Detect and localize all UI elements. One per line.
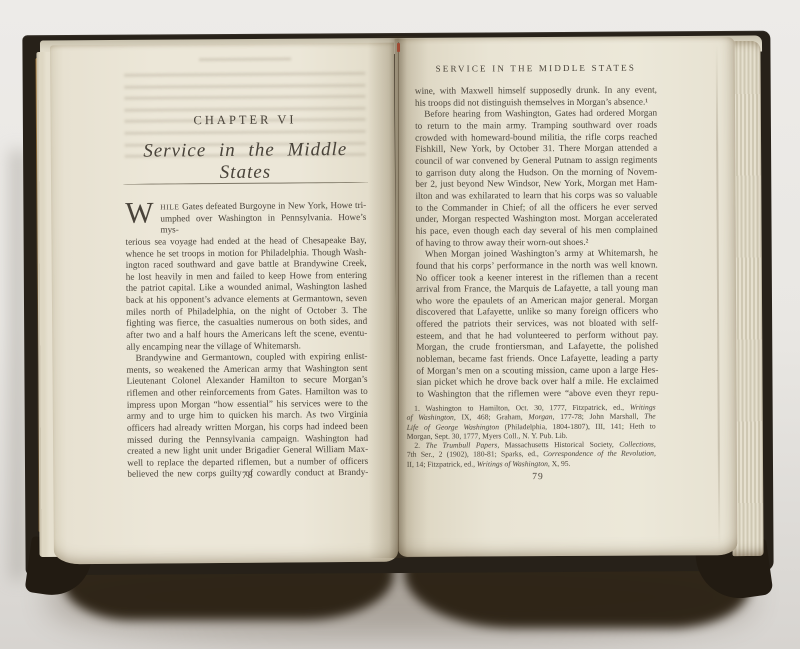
- text-line: wine, with Maxwell himself supposedly dr…: [415, 85, 657, 98]
- page-number-right: 79: [417, 472, 659, 483]
- text-line: council of war convened by General Putna…: [415, 154, 657, 167]
- right-page-text-block: SERVICE IN THE MIDDLE STATES wine, with …: [415, 38, 660, 557]
- text-line: offered the patriots their services, was…: [416, 318, 658, 331]
- gutter-line: [398, 42, 399, 552]
- text-line: to Washington that the riflemen were “ab…: [416, 388, 658, 401]
- text-line: When Morgan joined Washington’s army at …: [416, 248, 658, 261]
- body-text-left: HILE Gates defeated Burgoyne in New York…: [125, 200, 368, 481]
- text-line: after two and a half hours the Americans…: [126, 328, 367, 342]
- text-line: to return to the main army. Tramping sou…: [415, 119, 657, 132]
- page-crease: [716, 43, 721, 548]
- right-page: SERVICE IN THE MIDDLE STATES wine, with …: [395, 37, 738, 557]
- text-line: nobleman, became fast friends. Once Lafa…: [416, 353, 658, 366]
- text-line: found that his corps’ performance in the…: [416, 259, 658, 272]
- text-line: arrival from France, the Marquis de Lafa…: [416, 283, 658, 296]
- photo-background: CHAPTER VI Service in the Middle States …: [0, 0, 800, 649]
- footnotes: 1. Washington to Hamilton, Oct. 30, 1777…: [407, 403, 656, 469]
- small-caps: HILE: [160, 202, 179, 211]
- text-line: umphed over Washington in Pennsylvania. …: [125, 212, 366, 237]
- left-page: CHAPTER VI Service in the Middle States …: [50, 43, 398, 565]
- chapter-heading: CHAPTER VI: [125, 112, 366, 129]
- headband-thread: [397, 43, 400, 52]
- chapter-title: Service in the Middle States: [125, 139, 366, 185]
- body-text-right: wine, with Maxwell himself supposedly dr…: [415, 85, 659, 401]
- left-page-text-block: CHAPTER VI Service in the Middle States …: [124, 43, 369, 564]
- text-line: his pace, even though each day several o…: [416, 224, 658, 237]
- text-line: ilton and was exhilarated to learn that …: [415, 189, 657, 202]
- text-line: II, 14; Fitzpatrick, ed., Writings of Wa…: [407, 458, 656, 469]
- page-number-left: 78: [127, 470, 368, 482]
- running-head: SERVICE IN THE MIDDLE STATES: [415, 63, 657, 74]
- text-line: Life of George Washington (Philadelphia,…: [407, 421, 656, 432]
